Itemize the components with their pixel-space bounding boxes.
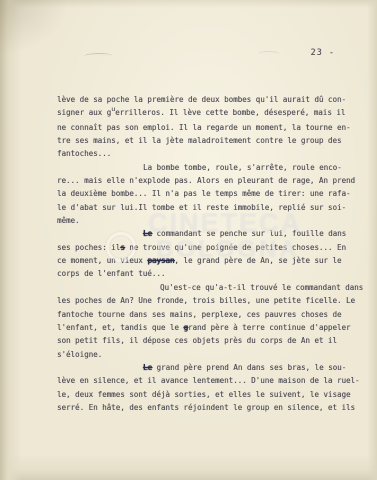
text-segment: , le grand père de An, se jète sur le (174, 256, 341, 265)
text-segment: la deuxième bombe... Il n'a pas le temps… (57, 189, 351, 198)
text-segment: serré. En hâte, des enfants réjoindent l… (57, 403, 355, 412)
text-line: tre ses mains, et il la jète maladroitem… (57, 134, 359, 147)
text-line: Qu'est-ce qu'a-t-il trouvé le commandant… (57, 281, 359, 294)
page-number: 23 - (311, 48, 335, 58)
text-segment: rand père à terre continue d'appeler (188, 323, 351, 332)
pencil-mark (258, 51, 280, 54)
text-segment: ses poches: il (57, 243, 120, 252)
text-segment: signer aux g (57, 108, 111, 117)
pencil-mark (84, 53, 112, 56)
text-segment: tre ses mains, et il la jète maladroitem… (57, 136, 341, 145)
paragraph: La bombe tombe, roule, s'arrête, roule e… (57, 161, 359, 228)
text-line: serré. En hâte, des enfants réjoindent l… (57, 401, 359, 414)
text-segment: même. (57, 216, 80, 225)
text-line: fantoche tourne dans ses mains, perplexe… (57, 308, 359, 321)
text-line: l'enfant, et, tandis que le grand père à… (57, 321, 359, 334)
text-segment: corps de l'enfant tué... (57, 269, 165, 278)
text-line: lève en silence, et il avance lentement.… (57, 374, 359, 387)
text-line: s'éloigne. (57, 348, 359, 361)
text-line: corps de l'enfant tué... (57, 267, 359, 280)
text-line: son petit fils, il dépose ces objets prè… (57, 334, 359, 347)
text-segment: u (111, 103, 115, 116)
text-segment: le d'abat sur lui.Il tombe et il reste i… (57, 203, 346, 212)
text-line: même. (57, 214, 359, 227)
paragraph: Qu'est-ce qu'a-t-il trouvé le commandant… (57, 281, 359, 361)
text-line: ses poches: ils ne trouve qu'une poignée… (57, 241, 359, 254)
text-line: le, deux femmes sont déjà sorties, et el… (57, 388, 359, 401)
text-segment: fantoches... (57, 149, 111, 158)
text-segment: l'enfant, et, tandis que le (57, 323, 183, 332)
text-segment: commandant se penche sur lui, fouille da… (152, 229, 346, 238)
overstruck-text: Le (143, 229, 152, 238)
text-segment: ne trouve qu'une poignée de petites chos… (125, 243, 346, 252)
text-block: lève de sa poche la première de deux bom… (57, 93, 359, 414)
text-line: re... mais elle n'explode pas. Alors en … (57, 174, 359, 187)
text-line: La bombe tombe, roule, s'arrête, roule e… (57, 161, 359, 174)
paragraph: Le grand père prend An dans ses bras, le… (57, 361, 359, 414)
text-segment: Qu'est-ce qu'a-t-il trouvé le commandant… (160, 283, 363, 292)
paragraph: lève de sa poche la première de deux bom… (57, 93, 359, 161)
text-segment: s'éloigne. (57, 350, 102, 359)
text-segment: La bombe tombe, roule, s'arrête, roule e… (143, 163, 342, 172)
text-line: la deuxième bombe... Il n'a pas le temps… (57, 187, 359, 200)
text-segment: son petit fils, il dépose ces objets prè… (57, 336, 337, 345)
text-line: ne connaît pas son emploi. Il la regarde… (57, 121, 359, 134)
text-line: ce moment, un vieux paysan, le grand pèr… (57, 254, 359, 267)
text-segment: les poches de An? Une fronde, trois bill… (57, 296, 355, 305)
text-line: Le grand père prend An dans ses bras, le… (57, 361, 359, 374)
text-segment: errilleros. Il lève cette bombe, désespe… (115, 108, 345, 117)
text-segment: lève en silence, et il avance lentement.… (57, 376, 360, 385)
text-line: fantoches... (57, 147, 359, 160)
text-segment: ce moment, un vieux (57, 256, 147, 265)
text-line: le d'abat sur lui.Il tombe et il reste i… (57, 201, 359, 214)
text-segment: lève de sa poche la première de deux bom… (57, 95, 346, 104)
overstruck-text: paysan (147, 256, 174, 265)
overstruck-text: Le (143, 363, 152, 372)
text-line: Le commandant se penche sur lui, fouille… (57, 227, 359, 240)
text-segment: re... mais elle n'explode pas. Alors en … (57, 176, 355, 185)
text-line: signer aux guerrilleros. Il lève cette b… (57, 106, 359, 120)
text-segment: grand père prend An dans ses bras, le so… (152, 363, 346, 372)
text-segment: le, deux femmes sont déjà sorties, et el… (57, 390, 351, 399)
text-line: lève de sa poche la première de deux bom… (57, 93, 359, 106)
text-line: les poches de An? Une fronde, trois bill… (57, 294, 359, 307)
scanned-typescript-page: 23 - lève de sa poche la première de deu… (0, 0, 377, 480)
text-segment: fantoche tourne dans ses mains, perplexe… (57, 310, 341, 319)
scan-corner-shadow (0, 0, 70, 55)
text-segment: ne connaît pas son emploi. Il la regarde… (57, 123, 351, 132)
paragraph: Le commandant se penche sur lui, fouille… (57, 227, 359, 280)
